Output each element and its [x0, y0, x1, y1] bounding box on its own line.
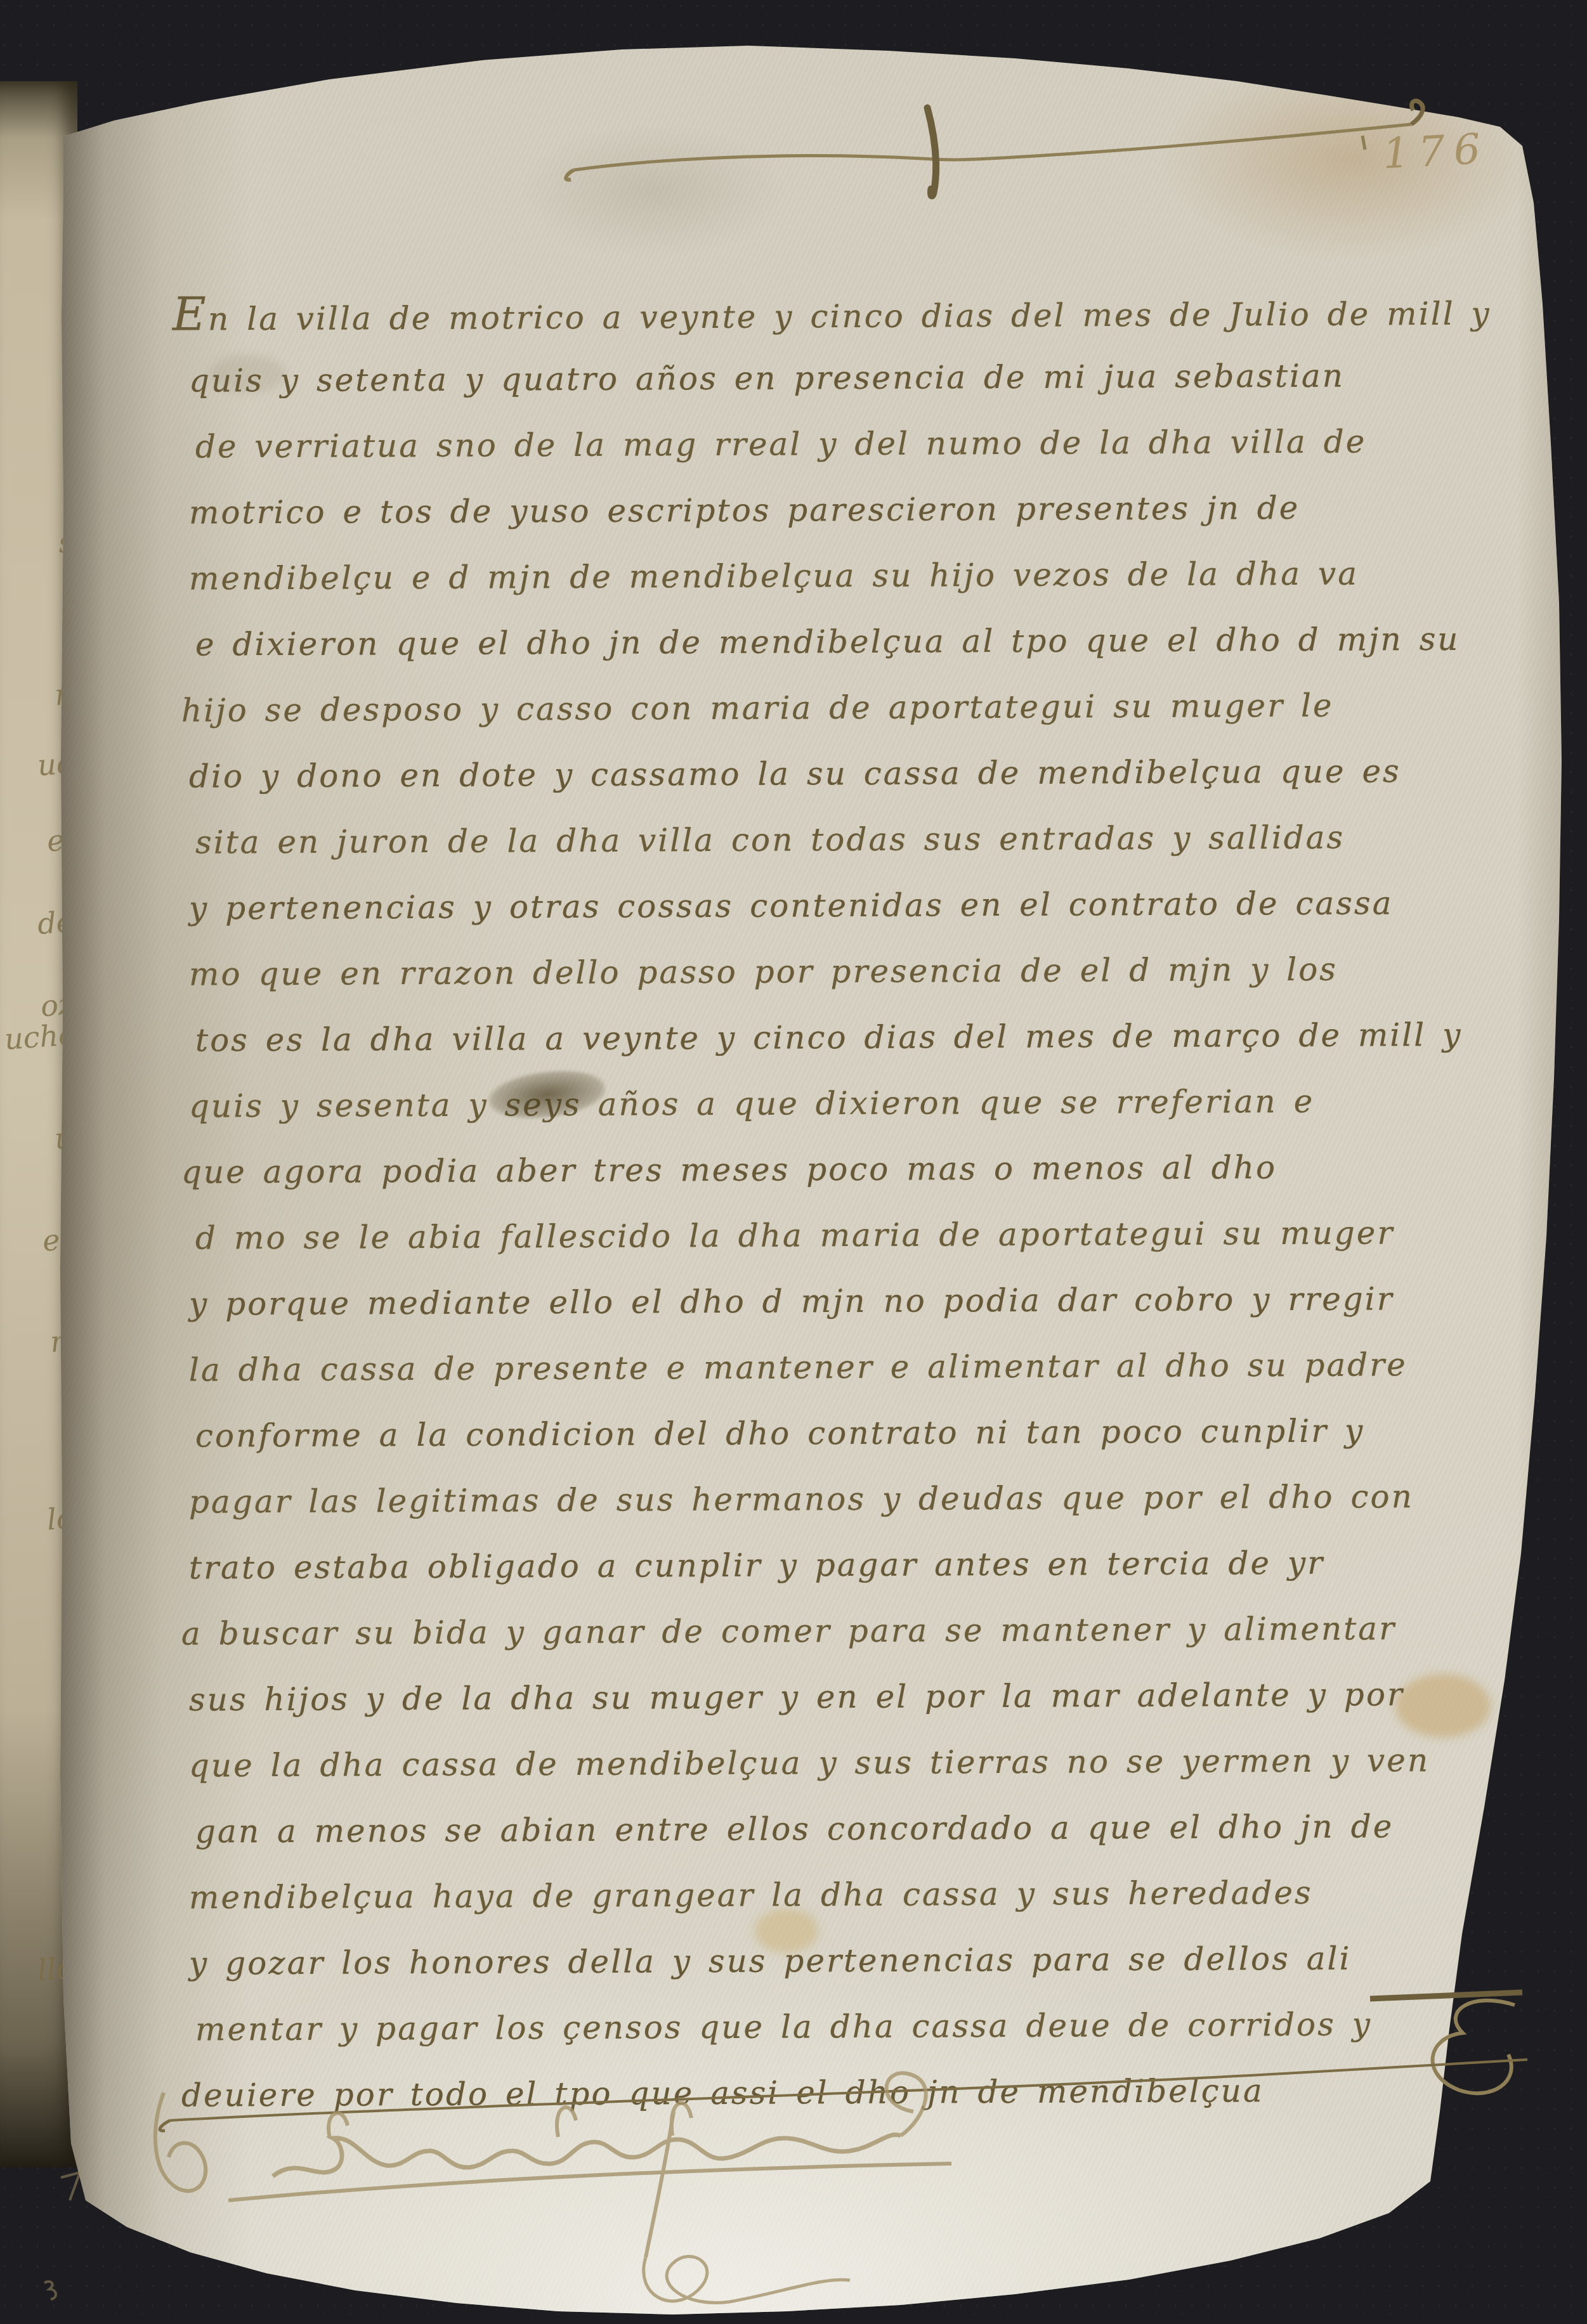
manuscript-line: motrico e tos de yuso escriptos parescie…: [189, 474, 1512, 545]
manuscript-line: hijo se desposo y casso con maria de apo…: [181, 672, 1512, 743]
manuscript-line: En la villa de motrico a veynte y cinco …: [173, 276, 1512, 347]
folio-number: 176: [1381, 124, 1491, 179]
manuscript-page: 176 En la villa de motrico a veynte y ci…: [0, 0, 1587, 2324]
manuscript-line: quis y setenta y quatro años en presenci…: [189, 342, 1512, 413]
manuscript-line: d mo se le abia fallescido la dha maria …: [195, 1199, 1512, 1271]
manuscript-line: que la dha cassa de mendibelçua y sus ti…: [189, 1727, 1512, 1798]
manuscript-line: e dixieron que el dho jn de mendibelçua …: [195, 606, 1512, 677]
manuscript-line: sita en juron de la dha villa con todas …: [195, 803, 1512, 875]
manuscript-line: dio y dono en dote y cassamo la su cassa…: [189, 737, 1512, 809]
manuscript-line: de verriatua sno de la mag rreal y del n…: [195, 408, 1512, 479]
manuscript-photo: s n uo el de oz ucho u er ri lo llo 176 …: [0, 0, 1587, 2324]
manuscript-text-block: En la villa de motrico a veynte y cinco …: [189, 279, 1512, 2126]
manuscript-line: quis y sesenta y seys años a que dixiero…: [189, 1067, 1512, 1139]
manuscript-line: sus hijos y de la dha su muger y en el p…: [189, 1661, 1512, 1732]
manuscript-line: gan a menos se abian entre ellos concord…: [195, 1793, 1512, 1864]
manuscript-line: deuiere por todo el tpo que assi el dho …: [181, 2056, 1512, 2128]
manuscript-line: y porque mediante ello el dho d mjn no p…: [189, 1265, 1512, 1337]
manuscript-line: mo que en rrazon dello passo por presenc…: [189, 935, 1512, 1007]
manuscript-line: trato estaba obligado a cunplir y pagar …: [189, 1529, 1512, 1600]
manuscript-line: y pertenencias y otras cossas contenidas…: [189, 869, 1512, 941]
manuscript-line: mendibelçua haya de grangear la dha cass…: [189, 1859, 1512, 1930]
manuscript-line: tos es la dha villa a veynte y cinco dia…: [195, 1001, 1512, 1073]
manuscript-line: conforme a la condicion del dho contrato…: [195, 1397, 1512, 1469]
manuscript-line: que agora podia aber tres meses poco mas…: [181, 1133, 1512, 1205]
manuscript-line: la dha cassa de presente e mantener e al…: [189, 1331, 1512, 1403]
manuscript-line: mentar y pagar los çensos que la dha cas…: [195, 1990, 1512, 2062]
manuscript-line: pagar las legitimas de sus hermanos y de…: [189, 1463, 1512, 1535]
manuscript-line: y gozar los honores della y sus pertenen…: [189, 1925, 1512, 1996]
manuscript-line: mendibelçu e d mjn de mendibelçua su hij…: [189, 540, 1512, 611]
manuscript-line: a buscar su bida y ganar de comer para s…: [181, 1595, 1512, 1666]
